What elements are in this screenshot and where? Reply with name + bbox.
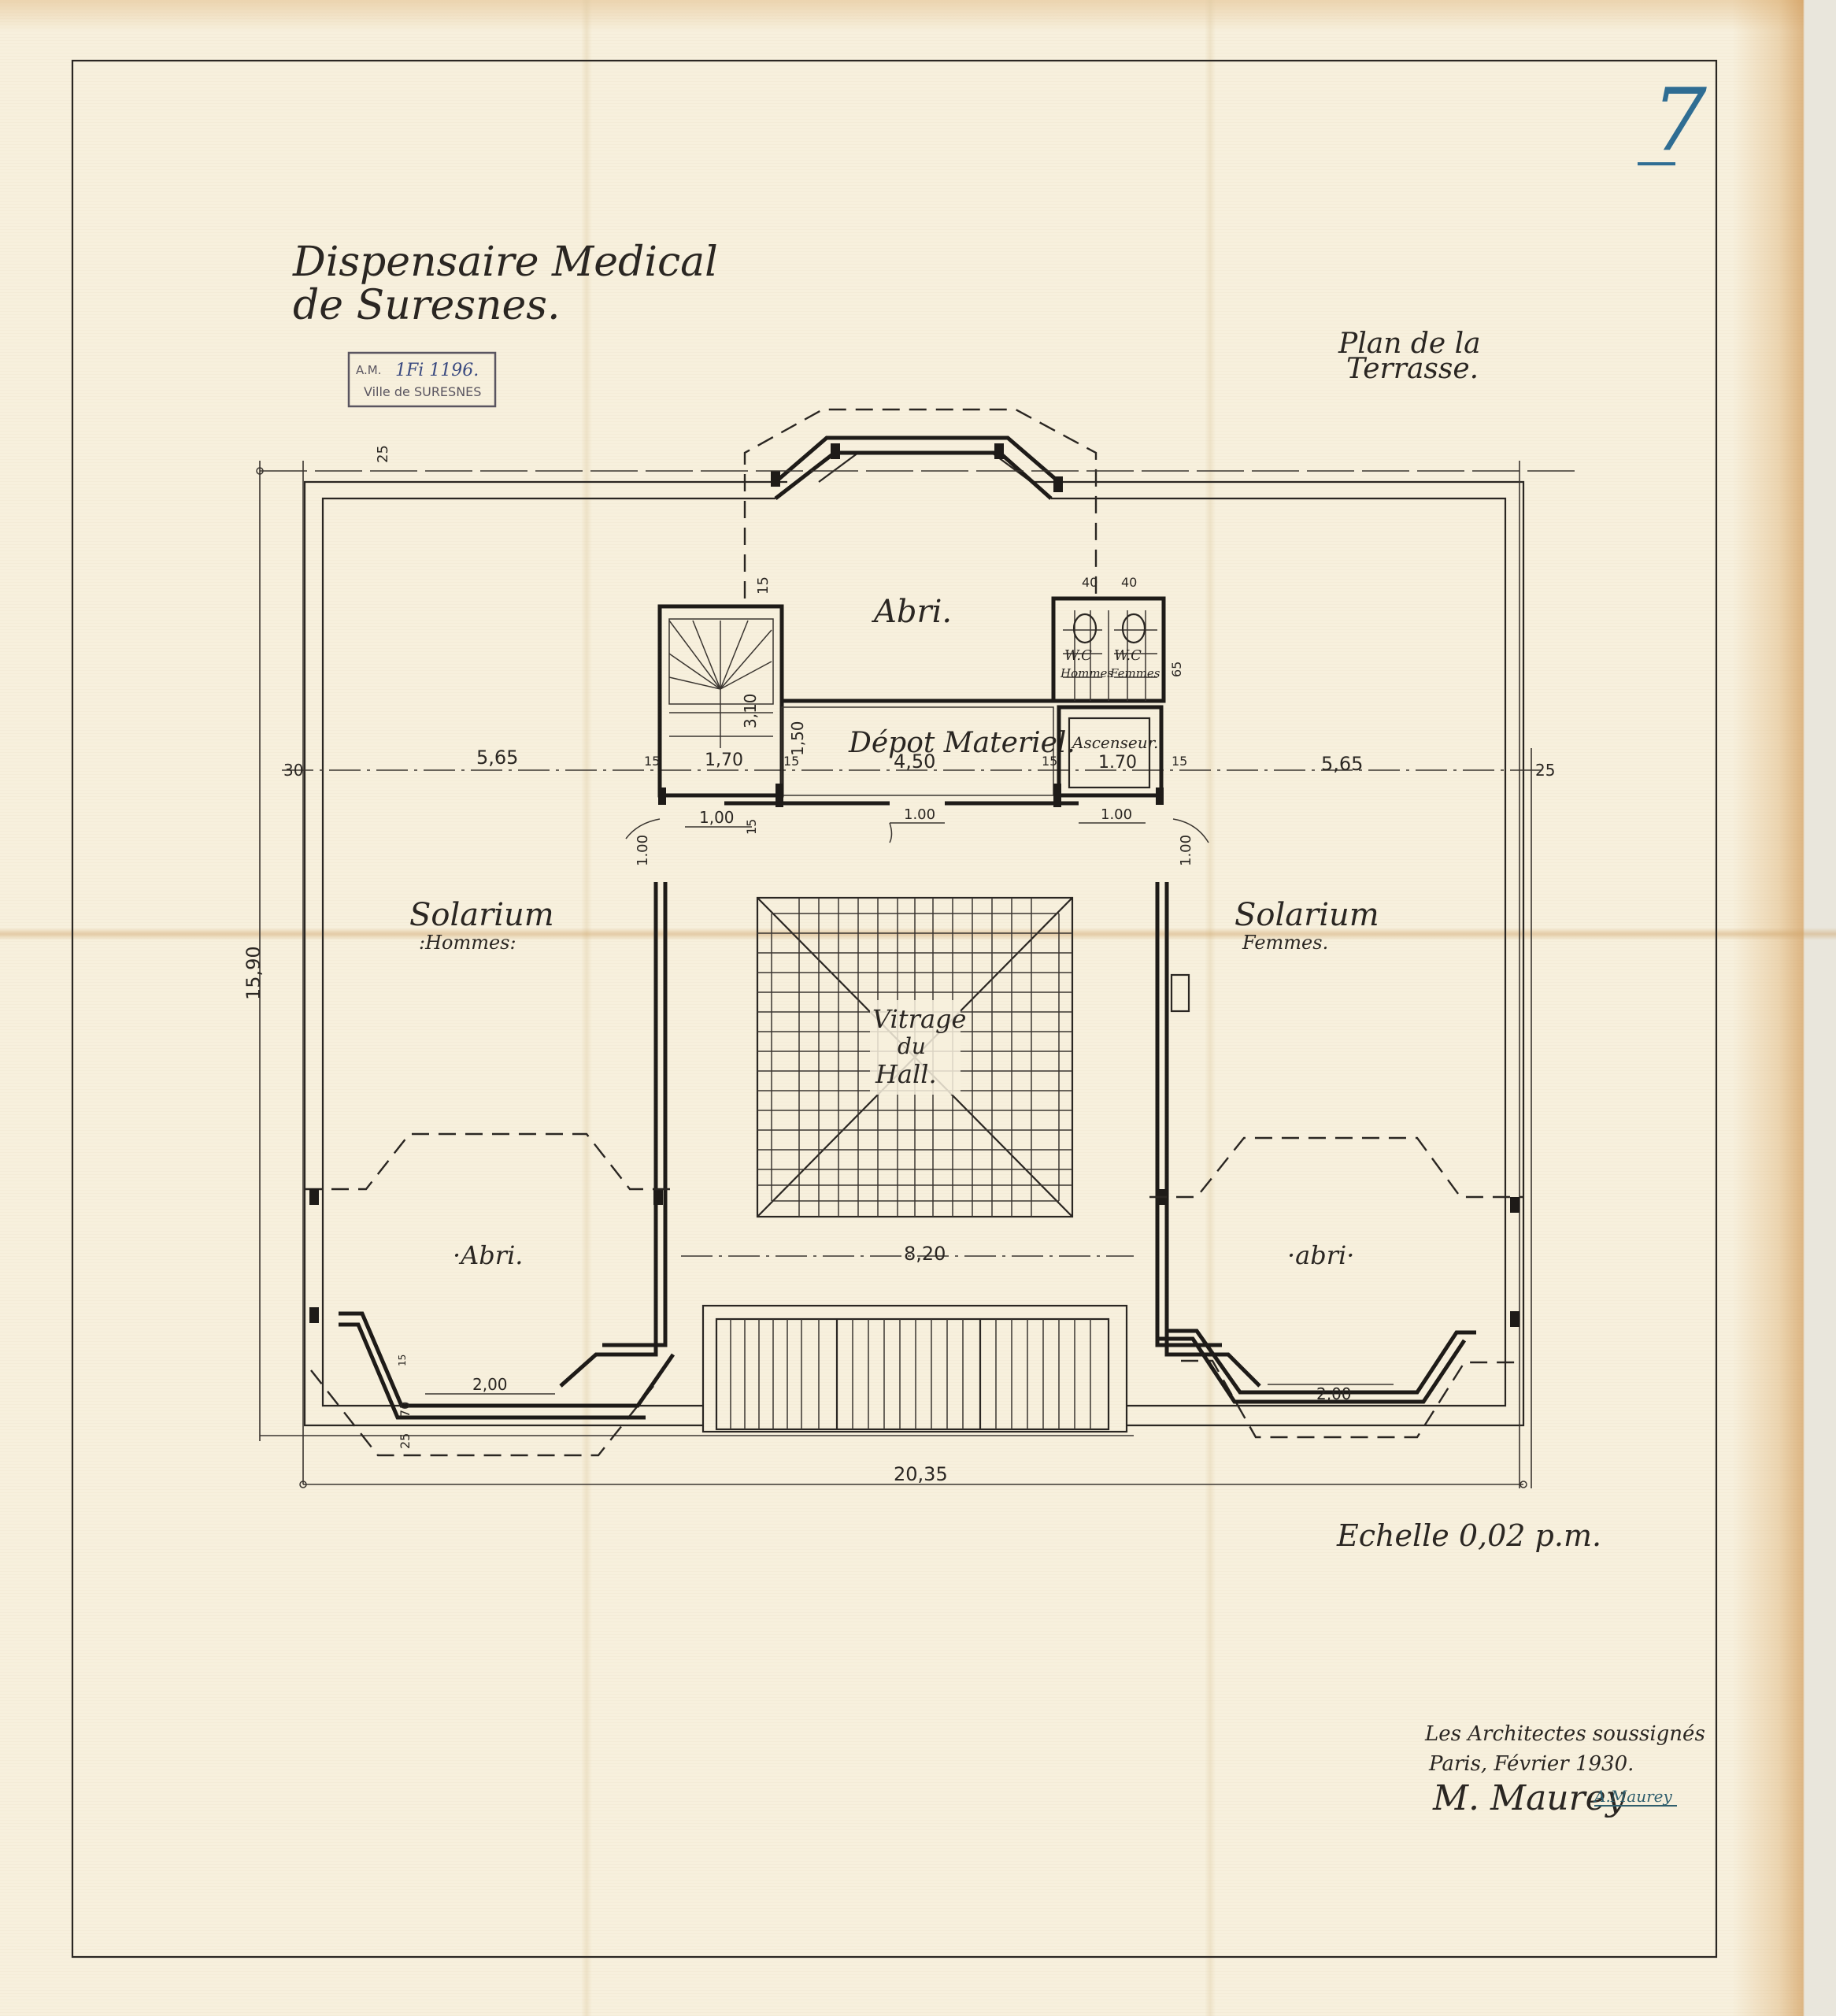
room-label-solarium-femmes: Solarium bbox=[1234, 897, 1379, 933]
svg-text:65: 65 bbox=[1169, 661, 1184, 677]
room-label-solarium-hommes: Solarium bbox=[409, 897, 554, 933]
svg-text:Paris, Février 1930.: Paris, Février 1930. bbox=[1428, 1752, 1634, 1776]
drawing-title-line2: de Suresnes. bbox=[293, 282, 561, 329]
svg-text:Vitrage: Vitrage bbox=[872, 1004, 966, 1034]
svg-text:W.C: W.C bbox=[1064, 647, 1092, 664]
floor-plan-drawing: 7 Dispensaire Medical de Suresnes. A.M. … bbox=[0, 0, 1836, 2016]
svg-text:du: du bbox=[898, 1033, 926, 1059]
architect-initials: A.Maurey bbox=[1593, 1787, 1672, 1806]
svg-text:Femmes.: Femmes. bbox=[1242, 932, 1328, 954]
svg-text:5,65: 5,65 bbox=[1321, 753, 1363, 775]
svg-text:20,35: 20,35 bbox=[894, 1463, 948, 1485]
terrace-plan: 15 3,10 Abri. Dépot Materiel. 1,50 W.C H… bbox=[242, 409, 1575, 1488]
svg-text:Ville de SURESNES: Ville de SURESNES bbox=[364, 384, 481, 399]
svg-text:1.00: 1.00 bbox=[904, 806, 935, 823]
svg-text:4,50: 4,50 bbox=[894, 750, 935, 773]
svg-text:15: 15 bbox=[755, 576, 772, 595]
svg-text:15: 15 bbox=[1042, 754, 1057, 769]
svg-text:25: 25 bbox=[1535, 761, 1555, 780]
svg-text:W.C: W.C bbox=[1114, 647, 1142, 664]
svg-text:Femmes: Femmes bbox=[1109, 666, 1160, 680]
svg-text:5,65: 5,65 bbox=[476, 747, 518, 769]
svg-text:Les Architectes soussignés: Les Architectes soussignés bbox=[1424, 1722, 1705, 1746]
room-label-abri-top: Abri. bbox=[871, 594, 952, 630]
svg-text:1,70: 1,70 bbox=[705, 750, 743, 770]
room-label-abri-left: ·Abri. bbox=[453, 1240, 523, 1270]
svg-text:15: 15 bbox=[1172, 754, 1187, 769]
svg-text:25: 25 bbox=[375, 445, 391, 463]
plan-subtitle-line2: Terrasse. bbox=[1346, 353, 1479, 385]
svg-text:15: 15 bbox=[644, 754, 660, 769]
svg-text:7: 7 bbox=[1652, 69, 1707, 170]
svg-text:3,10: 3,10 bbox=[741, 693, 760, 728]
svg-text:A.M.: A.M. bbox=[356, 363, 381, 377]
svg-text:15: 15 bbox=[397, 1354, 408, 1366]
svg-text:1.70: 1.70 bbox=[1098, 753, 1137, 773]
sheet-number: 7 bbox=[1638, 69, 1707, 170]
svg-text::Hommes:: :Hommes: bbox=[419, 932, 516, 954]
room-label-ascenseur: Ascenseur. bbox=[1071, 733, 1158, 752]
svg-text:40: 40 bbox=[1082, 575, 1098, 590]
drawing-title: Dispensaire Medical bbox=[292, 239, 718, 286]
svg-text:2,00: 2,00 bbox=[472, 1375, 508, 1394]
room-label-abri-right: ·abri· bbox=[1287, 1240, 1354, 1270]
svg-text:Hommes: Hommes bbox=[1060, 666, 1113, 680]
skylight-vitrage: Vitrage du Hall. bbox=[757, 898, 1072, 1217]
svg-text:15: 15 bbox=[783, 754, 799, 769]
svg-text:8,20: 8,20 bbox=[904, 1243, 946, 1265]
svg-text:70: 70 bbox=[398, 1402, 413, 1417]
svg-text:40: 40 bbox=[1121, 575, 1137, 590]
svg-text:2,00: 2,00 bbox=[1316, 1384, 1352, 1403]
scale-note: Echelle 0,02 p.m. bbox=[1336, 1518, 1601, 1553]
svg-text:1.00: 1.00 bbox=[635, 835, 651, 866]
svg-text:1.00: 1.00 bbox=[1178, 835, 1194, 866]
svg-text:1,50: 1,50 bbox=[788, 721, 807, 756]
bottom-grating bbox=[716, 1319, 1109, 1429]
archive-stamp: A.M. 1Fi 1196. Ville de SURESNES bbox=[349, 353, 495, 406]
signature-block: Les Architectes soussignés Paris, Févrie… bbox=[1424, 1722, 1705, 1818]
svg-text:15,90: 15,90 bbox=[242, 946, 265, 1000]
svg-text:30: 30 bbox=[283, 761, 303, 780]
svg-text:25: 25 bbox=[398, 1433, 413, 1449]
svg-text:1,00: 1,00 bbox=[699, 808, 735, 827]
svg-text:Hall.: Hall. bbox=[875, 1059, 937, 1089]
svg-text:1Fi 1196.: 1Fi 1196. bbox=[395, 361, 479, 380]
svg-text:15: 15 bbox=[744, 819, 759, 835]
svg-text:1.00: 1.00 bbox=[1101, 806, 1132, 823]
